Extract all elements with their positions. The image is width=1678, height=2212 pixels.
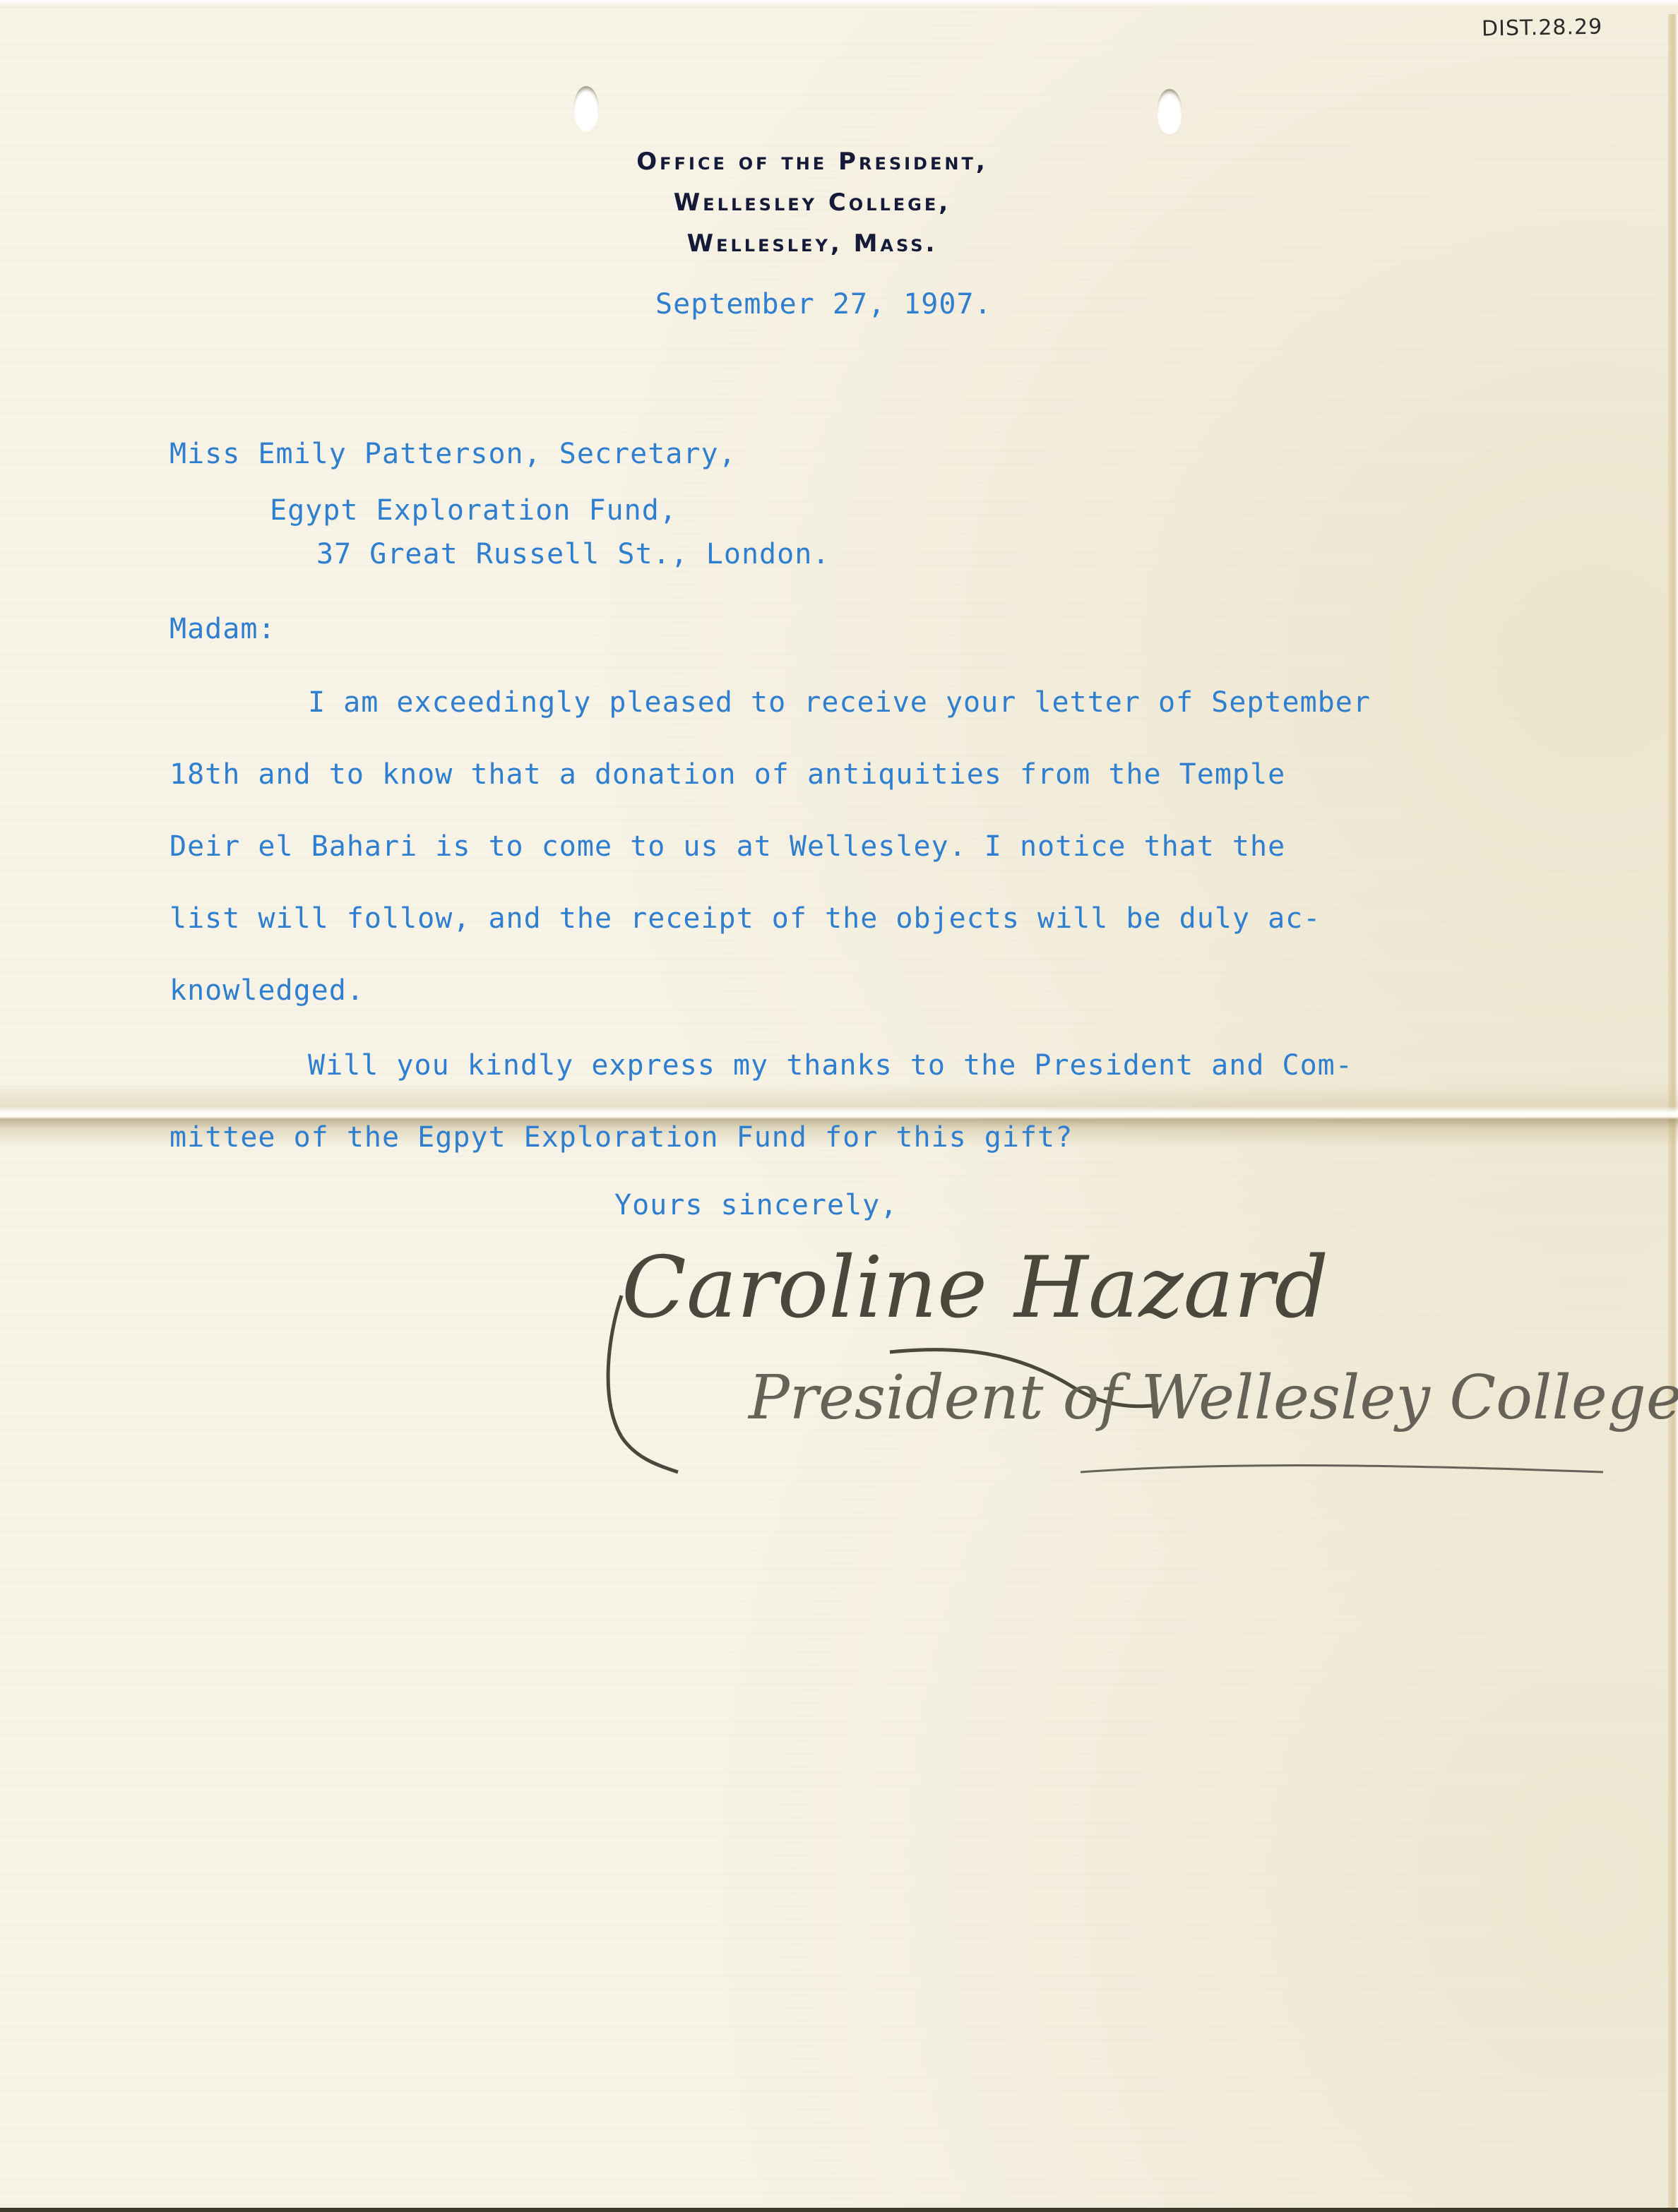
letterhead-office: Office of the President,	[565, 141, 1059, 182]
signature-title: President of Wellesley College	[749, 1363, 1678, 1433]
paper-bottom-edge	[0, 2208, 1678, 2212]
body-line: 18th and to know that a donation of anti…	[169, 758, 1285, 791]
handwritten-signature: Caroline Hazard President of Wellesley C…	[593, 1239, 1617, 1500]
complimentary-close: Yours sincerely,	[614, 1189, 898, 1221]
letterhead-institution: Wellesley College,	[565, 182, 1059, 223]
recipient-organization: Egypt Exploration Fund,	[270, 494, 677, 527]
punch-hole-icon	[1157, 89, 1182, 134]
body-line: Deir el Bahari is to come to us at Welle…	[169, 830, 1285, 863]
body-line: I am exceedingly pleased to receive your…	[308, 686, 1371, 719]
body-line: knowledged.	[169, 974, 364, 1007]
body-line: mittee of the Egpyt Exploration Fund for…	[169, 1121, 1073, 1154]
body-line: list will follow, and the receipt of the…	[169, 902, 1321, 935]
signature-name: Caroline Hazard	[621, 1239, 1328, 1337]
body-line: Will you kindly express my thanks to the…	[308, 1049, 1353, 1082]
letterhead: Office of the President, Wellesley Colle…	[565, 141, 1059, 264]
archive-reference-mark: DIST.28.29	[1482, 15, 1603, 42]
paper-top-edge	[0, 0, 1678, 8]
recipient-address: 37 Great Russell St., London.	[316, 538, 830, 570]
punch-hole-icon	[573, 86, 599, 131]
recipient-name: Miss Emily Patterson, Secretary,	[169, 438, 737, 470]
letter-page: DIST.28.29 Office of the President, Well…	[0, 0, 1678, 2212]
salutation: Madam:	[169, 613, 276, 645]
letter-date: September 27, 1907.	[655, 288, 992, 321]
letterhead-location: Wellesley, Mass.	[565, 223, 1059, 264]
